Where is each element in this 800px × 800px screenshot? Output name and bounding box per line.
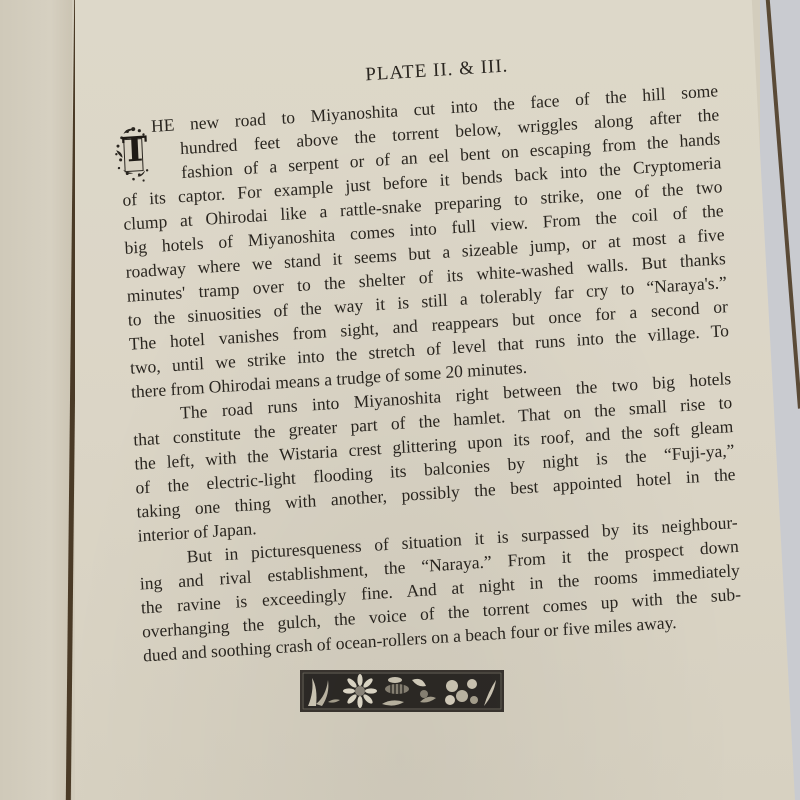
floral-tailpiece-icon: [300, 670, 504, 712]
left-facing-page: [0, 0, 72, 800]
page-text-block: PLATE II. & III.: [117, 42, 742, 667]
tailpiece-engraving-icon: [302, 672, 502, 710]
paragraph-1: HE new road to Miyanoshita cut into the …: [119, 78, 731, 403]
dropcap-letter: T: [121, 132, 148, 168]
floral-dropcap-icon: T: [111, 124, 158, 189]
book-page: PLATE II. & III.: [75, 0, 795, 800]
book-photo: PLATE II. & III.: [0, 0, 800, 800]
